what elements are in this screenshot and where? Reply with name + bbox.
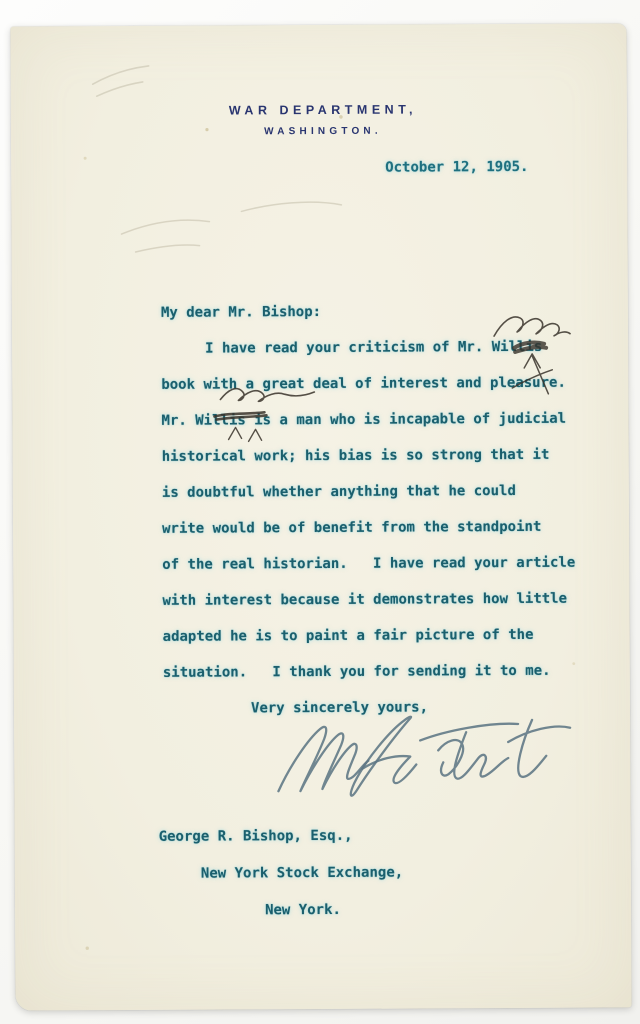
body-line: of the real historian. I have read your …: [162, 554, 575, 574]
recipient-name: George R. Bishop, Esq.,: [159, 827, 353, 846]
body-line: is doubtful whether anything that he cou…: [162, 482, 516, 502]
body-line: historical work; his bias is so strong t…: [162, 446, 550, 466]
body-line: write would be of benefit from the stand…: [162, 518, 541, 538]
recipient-city: New York.: [265, 901, 341, 919]
body-line: I have read your criticism of Mr. Willis: [161, 338, 542, 358]
body-line: adapted he is to paint a fair picture of…: [163, 626, 534, 646]
handwritten-correction-icon: [490, 306, 593, 403]
body-line: with interest because it demonstrates ho…: [162, 590, 567, 610]
salutation: My dear Mr. Bishop:: [161, 303, 321, 322]
taft-signature: [270, 712, 575, 814]
date-line: October 12, 1905.: [385, 158, 528, 177]
recipient-organization: New York Stock Exchange,: [201, 864, 403, 883]
body-line: situation. I thank you for sending it to…: [163, 662, 551, 682]
letter-page: WAR DEPARTMENT, WASHINGTON. October 12, …: [10, 23, 631, 1010]
strikethrough-correction-icon: [208, 383, 326, 448]
